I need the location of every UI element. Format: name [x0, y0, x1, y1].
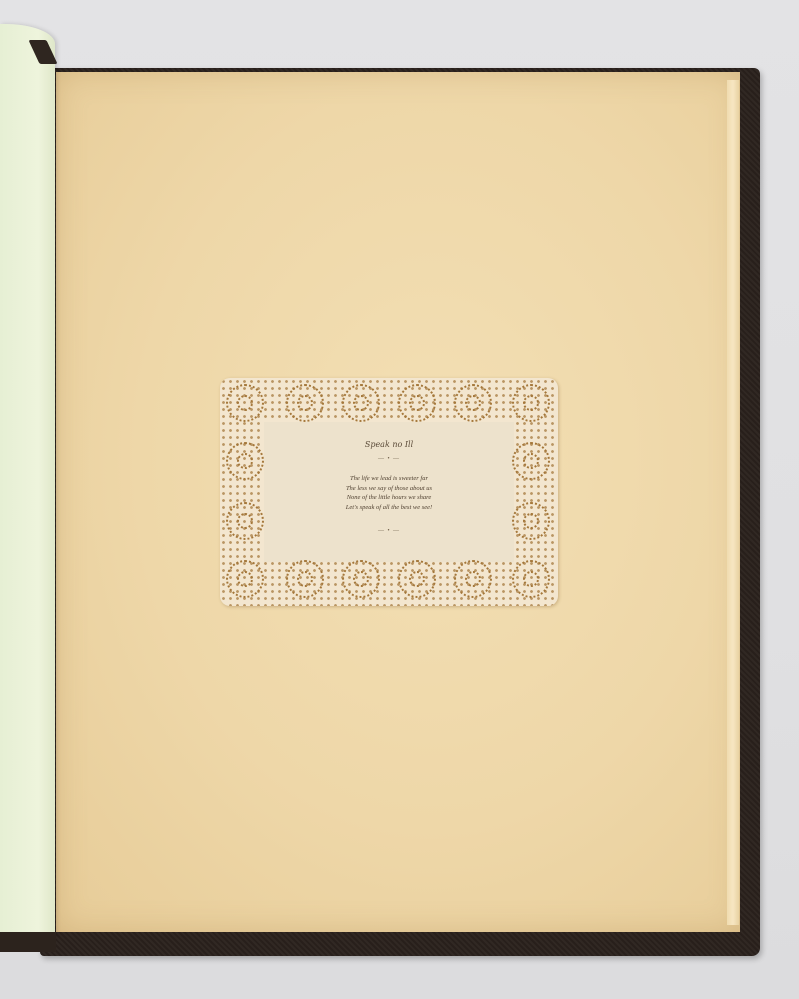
facing-cover-bottom — [0, 932, 56, 952]
rosette-ornament — [226, 560, 264, 598]
lace-verse-card: Speak no Ill — • — The life we lead is s… — [220, 378, 558, 606]
rosette-ornament — [512, 384, 550, 422]
rosette-ornament — [512, 560, 550, 598]
rosette-ornament — [398, 384, 436, 422]
rosette-ornament — [342, 560, 380, 598]
ornament-divider-top: — • — — [220, 456, 558, 462]
card-title: Speak no Ill — [220, 440, 558, 449]
rosette-ornament — [226, 384, 264, 422]
verse-line: The life we lead is sweeter far — [220, 474, 558, 484]
facing-page — [0, 24, 55, 936]
rosette-ornament — [454, 384, 492, 422]
rosette-ornament — [398, 560, 436, 598]
verse-line: None of the little hours we share — [220, 493, 558, 503]
rosette-ornament — [342, 384, 380, 422]
verse: The life we lead is sweeter far The less… — [220, 474, 558, 512]
rosette-ornament — [454, 560, 492, 598]
rosette-ornament — [286, 560, 324, 598]
ornament-divider-bottom: — • — — [220, 528, 558, 534]
page-edges — [727, 80, 739, 925]
verse-line: The less we say of those about us — [220, 484, 558, 494]
rosette-ornament — [286, 384, 324, 422]
verse-line: Let's speak of all the best we see! — [220, 503, 558, 513]
